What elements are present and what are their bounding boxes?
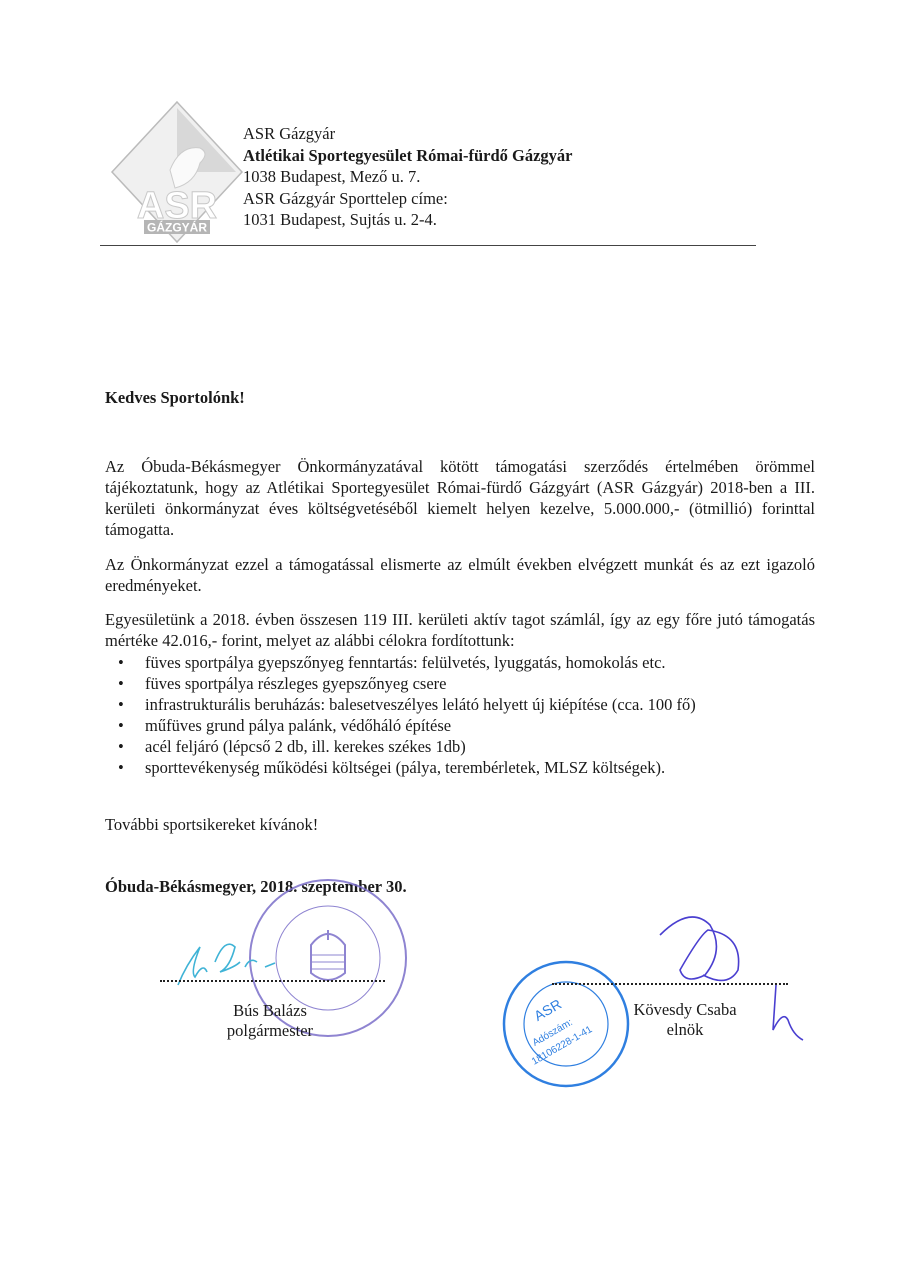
signature-line-right [552,983,788,985]
signatory-title: elnök [620,1020,750,1040]
signatory-title: polgármester [215,1021,325,1041]
association-stamp: ASR Adószám: 18106228-1-41 [504,962,628,1086]
signatory-name: Kövesdy Csaba [620,1000,750,1020]
signatory-name: Bús Balázs [215,1001,325,1021]
signature-line-left [160,980,385,982]
svg-text:ASR: ASR [531,996,564,1024]
stamps-and-signatures: ASR Adószám: 18106228-1-41 [0,0,900,1273]
signatory-president: Kövesdy Csaba elnök [620,1000,750,1040]
signatory-mayor: Bús Balázs polgármester [215,1001,325,1041]
mayor-signature [178,944,275,985]
